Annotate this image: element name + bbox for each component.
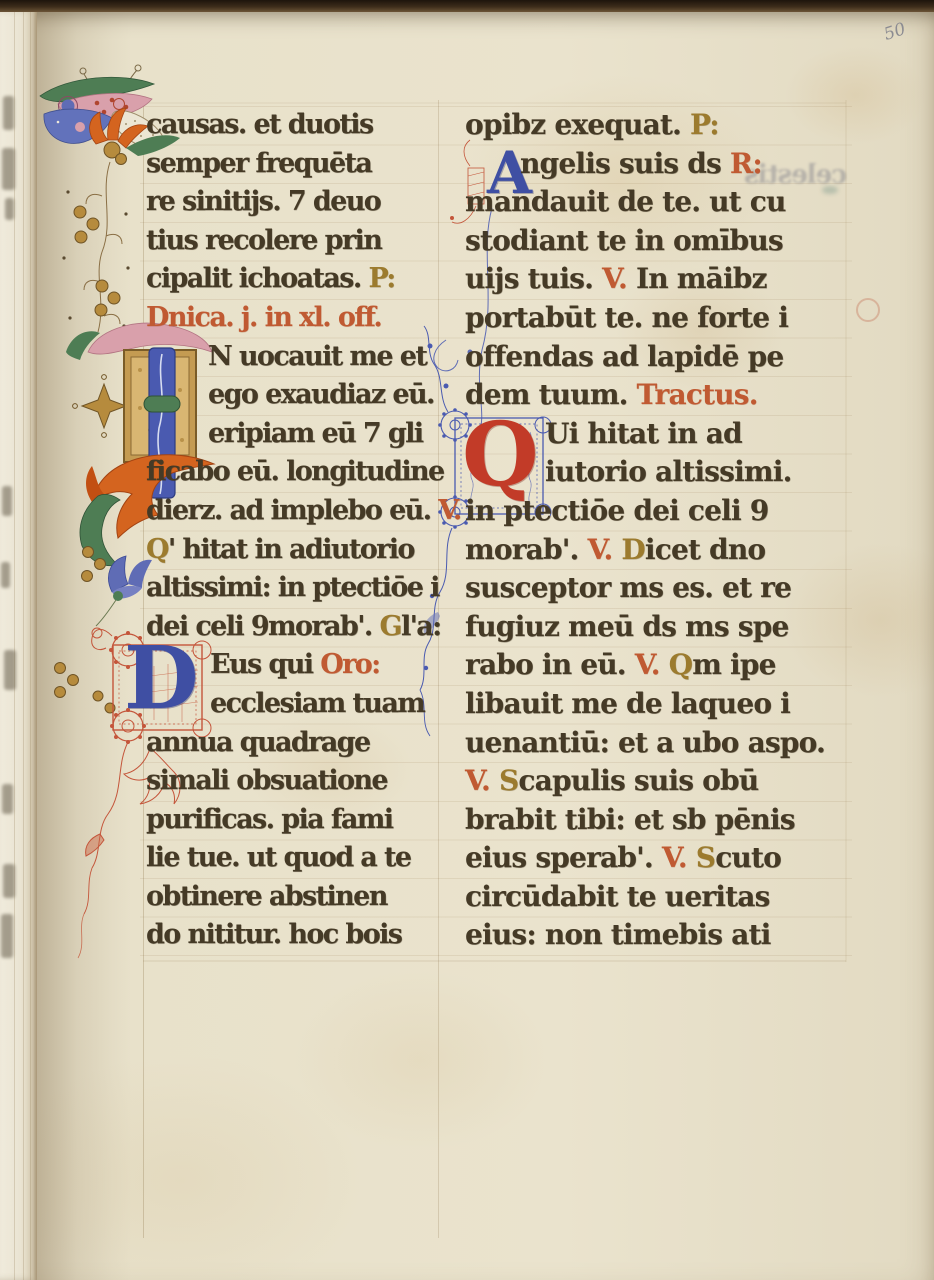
text-segment-ink: lie tue. ut quod a te xyxy=(146,842,410,873)
text-segment-ink: ficabo eū. longitudine xyxy=(146,456,444,487)
text-line: causas. et duotis xyxy=(146,106,440,145)
text-line: dei celi 9morab'. Gl'a: xyxy=(146,608,440,647)
text-line: circūdabit te ueritas xyxy=(465,878,851,917)
text-segment-rubric: Tractus. xyxy=(637,378,758,411)
text-segment-ink: obtinere abstinen xyxy=(146,881,387,912)
text-line: tius recolere prin xyxy=(146,222,440,261)
showthrough-mark xyxy=(3,864,15,898)
text-segment-ink: do nititur. hoc bois xyxy=(146,919,401,950)
text-segment-rubric: V. xyxy=(635,648,669,681)
text-segment-ink: ecclesiam tuam xyxy=(210,688,424,719)
text-segment-ink: libauit me de laqueo i xyxy=(465,687,790,720)
text-line: obtinere abstinen xyxy=(146,878,440,917)
text-line: opibz exequat. P: xyxy=(465,106,851,145)
text-segment-ink: in ptectiōe dei celi 9 xyxy=(465,494,768,527)
text-segment-ink: uenantiū: et a ubo aspo. xyxy=(465,726,825,759)
text-line: V. Scapulis suis obū xyxy=(465,762,851,801)
foredge-leaves xyxy=(0,10,37,1280)
showthrough-mark xyxy=(2,486,12,516)
text-line: semper frequēta xyxy=(146,145,440,184)
text-column-right: opibz exequat. P:ngelis suis ds R:mandau… xyxy=(465,106,851,955)
text-line: ecclesiam tuam xyxy=(146,685,440,724)
showthrough-mark xyxy=(1,562,10,588)
text-segment-ink: ' hitat in adiutorio xyxy=(168,534,414,565)
showthrough-mark xyxy=(5,198,14,220)
text-segment-gold: S xyxy=(696,841,715,874)
text-line: re sinitijs. 7 deuo xyxy=(146,183,440,222)
text-segment-ink: ego exaudiaz eū. xyxy=(208,379,434,410)
text-line: ficabo eū. longitudine xyxy=(146,453,440,492)
text-segment-ink: susceptor ms es. et re xyxy=(465,571,791,604)
text-segment-ink: N uocauit me et xyxy=(208,341,426,372)
text-line: stodiant te in omībus xyxy=(465,222,851,261)
gutter-shadow xyxy=(37,10,132,1280)
showthrough-mark xyxy=(2,784,13,814)
leaf-edge-line xyxy=(14,10,15,1280)
text-line: dierz. ad implebo eū. V. xyxy=(146,492,440,531)
text-segment-gold: P: xyxy=(690,108,719,141)
showthrough-mark xyxy=(3,96,14,130)
text-segment-ink: portabūt te. ne forte i xyxy=(465,301,788,334)
showthrough-mark xyxy=(1,914,13,958)
text-segment-rubric: V. xyxy=(587,533,621,566)
text-line: ego exaudiaz eū. xyxy=(146,376,440,415)
text-line: purificas. pia fami xyxy=(146,801,440,840)
text-segment-ink: causas. et duotis xyxy=(146,109,373,140)
text-segment-ink: mandauit de te. ut cu xyxy=(465,185,786,218)
text-segment-ink: cuto xyxy=(715,841,781,874)
text-segment-ink: icet dno xyxy=(645,533,765,566)
text-segment-ink: dei celi 9morab'. xyxy=(146,611,379,642)
text-segment-gold: P: xyxy=(368,263,394,294)
text-segment-ink: offendas ad lapidē pe xyxy=(465,340,783,373)
text-line: Eus qui Oro: xyxy=(146,646,440,685)
text-segment-ink: dem tuum. xyxy=(465,378,637,411)
text-line: offendas ad lapidē pe xyxy=(465,338,851,377)
text-line: in ptectiōe dei celi 9 xyxy=(465,492,851,531)
text-segment-rubric: V. xyxy=(438,495,460,526)
text-line: simali obsuatione xyxy=(146,762,440,801)
leaf-edge-line xyxy=(23,10,24,1280)
text-segment-ink: ngelis suis ds xyxy=(520,147,730,180)
text-line: libauit me de laqueo i xyxy=(465,685,851,724)
text-segment-ink: annua quadrage xyxy=(146,727,370,758)
text-segment-ink: dierz. ad implebo eū. xyxy=(146,495,438,526)
leaf-edge-line xyxy=(30,10,31,1280)
text-segment-gold: Q xyxy=(669,648,693,681)
text-segment-ink: eripiam eū 7 gli xyxy=(208,418,422,449)
text-line: N uocauit me et xyxy=(146,338,440,377)
text-line: eius: non timebis ati xyxy=(465,916,851,955)
text-line: brabit tibi: et sb pēnis xyxy=(465,801,851,840)
text-segment-ink: circūdabit te ueritas xyxy=(465,880,770,913)
text-segment-rubric: V. xyxy=(465,764,499,797)
text-line: lie tue. ut quod a te xyxy=(146,839,440,878)
text-segment-ink: altissimi: in ptectiōe i xyxy=(146,572,439,603)
text-segment-gold: Q xyxy=(146,534,168,565)
text-line: eripiam eū 7 gli xyxy=(146,415,440,454)
text-line: morab'. V. Dicet dno xyxy=(465,531,851,570)
text-segment-ink: opibz exequat. xyxy=(465,108,690,141)
text-line: rabo in eū. V. Qm ipe xyxy=(465,646,851,685)
text-segment-ink: purificas. pia fami xyxy=(146,804,392,835)
text-line: eius sperab'. V. Scuto xyxy=(465,839,851,878)
text-segment-ink: fugiuz meū ds ms spe xyxy=(465,610,789,643)
text-segment-gold: D xyxy=(621,533,644,566)
text-segment-rubric: Dnica. j. in xl. off. xyxy=(146,302,381,333)
text-segment-ink: re sinitijs. 7 deuo xyxy=(146,186,380,217)
text-segment-ink: iutorio altissimi. xyxy=(545,455,792,488)
text-segment-rubric: V. xyxy=(662,841,696,874)
text-line: annua quadrage xyxy=(146,724,440,763)
text-segment-rubric: R: xyxy=(730,147,762,180)
text-segment-ink: stodiant te in omībus xyxy=(465,224,783,257)
text-segment-ink: m ipe xyxy=(692,648,775,681)
text-segment-ink: simali obsuatione xyxy=(146,765,387,796)
text-segment-rubric: Oro: xyxy=(320,649,379,680)
text-line: susceptor ms es. et re xyxy=(465,569,851,608)
text-segment-rubric: V. xyxy=(602,262,636,295)
text-segment-ink: morab'. xyxy=(465,533,587,566)
text-line: Ui hitat in ad xyxy=(465,415,851,454)
showthrough-mark xyxy=(4,650,16,690)
binding-edge xyxy=(0,0,934,12)
text-segment-ink: eius: non timebis ati xyxy=(465,918,770,951)
text-segment-ink: In māibz xyxy=(636,262,767,295)
text-line: dem tuum. Tractus. xyxy=(465,376,851,415)
text-segment-ink: cipalit ichoatas. xyxy=(146,263,368,294)
text-line: iutorio altissimi. xyxy=(465,453,851,492)
text-line: altissimi: in ptectiōe i xyxy=(146,569,440,608)
text-line: do nititur. hoc bois xyxy=(146,916,440,955)
text-segment-ink: l'a: xyxy=(401,611,441,642)
text-segment-ink: tius recolere prin xyxy=(146,225,381,256)
text-line: ngelis suis ds R: xyxy=(465,145,851,184)
text-segment-gold: S xyxy=(499,764,518,797)
text-segment-ink: capulis suis obū xyxy=(518,764,758,797)
text-line: Dnica. j. in xl. off. xyxy=(146,299,440,338)
text-line: uijs tuis. V. In māibz xyxy=(465,260,851,299)
text-line: Q' hitat in adiutorio xyxy=(146,531,440,570)
text-segment-ink: semper frequēta xyxy=(146,148,371,179)
text-column-left: causas. et duotissemper frequētare sinit… xyxy=(146,106,440,955)
text-segment-ink: uijs tuis. xyxy=(465,262,602,295)
text-segment-ink: Ui hitat in ad xyxy=(545,417,742,450)
text-segment-ink: brabit tibi: et sb pēnis xyxy=(465,803,795,836)
text-line: uenantiū: et a ubo aspo. xyxy=(465,724,851,763)
text-segment-gold: G xyxy=(379,611,400,642)
text-line: portabūt te. ne forte i xyxy=(465,299,851,338)
text-segment-ink: Eus qui xyxy=(210,649,320,680)
text-segment-ink: rabo in eū. xyxy=(465,648,635,681)
text-line: mandauit de te. ut cu xyxy=(465,183,851,222)
manuscript-photo: celestis 50 xyxy=(0,0,934,1280)
text-segment-ink: eius sperab'. xyxy=(465,841,662,874)
text-line: cipalit ichoatas. P: xyxy=(146,260,440,299)
showthrough-mark xyxy=(2,148,15,190)
text-line: fugiuz meū ds ms spe xyxy=(465,608,851,647)
